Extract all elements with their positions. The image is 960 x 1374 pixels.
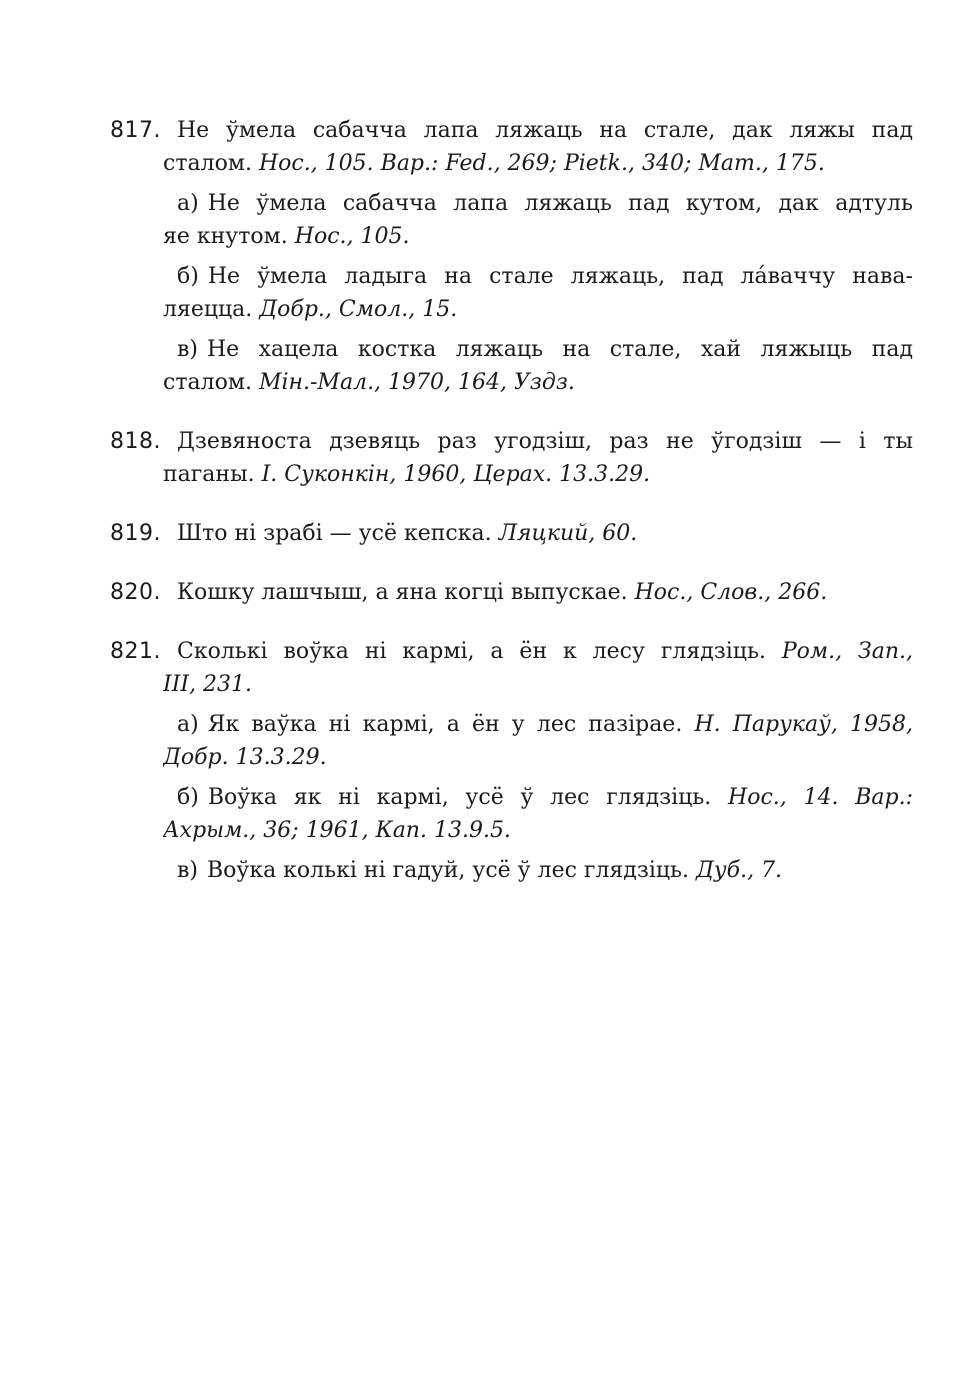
citation-text: Мін.-Мал., 1970, 164, Уздз. <box>259 370 575 395</box>
variant-label: а) <box>177 191 199 216</box>
citation-text: Добр. 13.3.29. <box>163 745 327 770</box>
entry-number: 817. <box>110 114 161 147</box>
text-line: б)Не ўмела ладыга на стале ляжаць, пад л… <box>163 260 913 293</box>
entry-number: 818. <box>110 425 161 458</box>
text-line: Сколькі воўка ні кармі, а ён к лесу гляд… <box>163 635 913 668</box>
citation-text: І. Суконкін, 1960, Церах. 13.3.29. <box>262 462 651 487</box>
proverb-text: Воўка колькі ні гадуй, усё ў лес глядзіц… <box>207 858 696 883</box>
entry: 818.Дзевяноста дзевяць раз угодзіш, раз … <box>163 425 913 491</box>
variant-paragraph: а)Не ўмела сабачча лапа ляжаць пад кутом… <box>163 187 913 253</box>
text-line: III, 231. <box>163 668 913 701</box>
proverb-text: Кошку лашчыш, а яна когці выпускае. <box>177 580 635 605</box>
variant-label: б) <box>177 785 199 810</box>
variant-paragraph: б)Не ўмела ладыга на стале ляжаць, пад л… <box>163 260 913 326</box>
book-page: 817.Не ўмела сабачча лапа ляжаць на стал… <box>0 0 960 1374</box>
proverb-text: сталом. <box>163 151 259 176</box>
entry-paragraph: 821.Сколькі воўка ні кармі, а ён к лесу … <box>163 635 913 701</box>
entry: 820.Кошку лашчыш, а яна когці выпускае. … <box>163 576 913 609</box>
proverb-text: Як ваўка ні кармі, а ён у лес пазірае. <box>208 712 695 737</box>
citation-text: Ахрым., 36; 1961, Кап. 13.9.5. <box>163 818 511 843</box>
text-line: Што ні зрабі — усё кепска. Ляцкий, 60. <box>163 517 913 550</box>
proverb-text: Дзевяноста дзевяць раз угодзіш, раз не ў… <box>177 429 913 454</box>
proverb-text: Не хацела костка ляжаць на стале, хай ля… <box>207 337 913 362</box>
citation-text: III, 231. <box>163 672 252 697</box>
entry-paragraph: 819.Што ні зрабі — усё кепска. Ляцкий, 6… <box>163 517 913 550</box>
text-line: яе кнутом. Нос., 105. <box>163 220 913 253</box>
proverb-text: паганы. <box>163 462 262 487</box>
citation-text: Ляцкий, 60. <box>499 521 638 546</box>
variant-label: в) <box>177 858 198 883</box>
proverb-text: Не ўмела ладыга на стале ляжаць, пад ла́… <box>208 264 913 289</box>
text-line: Добр. 13.3.29. <box>163 741 913 774</box>
text-line: паганы. І. Суконкін, 1960, Церах. 13.3.2… <box>163 458 913 491</box>
entry-paragraph: 820.Кошку лашчыш, а яна когці выпускае. … <box>163 576 913 609</box>
variant-label: а) <box>177 712 199 737</box>
text-line: Дзевяноста дзевяць раз угодзіш, раз не ў… <box>163 425 913 458</box>
entry-number: 820. <box>110 576 161 609</box>
text-line: в)Воўка колькі ні гадуй, усё ў лес глядз… <box>163 854 913 887</box>
proverb-text: Не ўмела сабачча лапа ляжаць на стале, д… <box>177 118 913 143</box>
proverb-text: сталом. <box>163 370 259 395</box>
proverb-text: ляецца. <box>163 297 259 322</box>
entries-list: 817.Не ўмела сабачча лапа ляжаць на стал… <box>163 114 913 887</box>
entry-number: 819. <box>110 517 161 550</box>
text-line: ляецца. Добр., Смол., 15. <box>163 293 913 326</box>
text-line: а)Як ваўка ні кармі, а ён у лес пазірае.… <box>163 708 913 741</box>
proverb-text: Воўка як ні кармі, усё ў лес глядзіць. <box>208 785 728 810</box>
entry: 817.Не ўмела сабачча лапа ляжаць на стал… <box>163 114 913 399</box>
proverb-text: Не ўмела сабачча лапа ляжаць пад кутом, … <box>208 191 913 216</box>
text-line: в)Не хацела костка ляжаць на стале, хай … <box>163 333 913 366</box>
citation-text: Нос., 14. Вар.: <box>728 785 913 810</box>
text-line: сталом. Мін.-Мал., 1970, 164, Уздз. <box>163 366 913 399</box>
text-line: сталом. Нос., 105. Вар.: Fed., 269; Piet… <box>163 147 913 180</box>
text-line: а)Не ўмела сабачча лапа ляжаць пад кутом… <box>163 187 913 220</box>
entry-paragraph: 817.Не ўмела сабачча лапа ляжаць на стал… <box>163 114 913 180</box>
entry-number: 821. <box>110 635 161 668</box>
citation-text: Н. Парукаў, 1958, <box>694 712 913 737</box>
citation-text: Дуб., 7. <box>696 858 782 883</box>
text-line: Ахрым., 36; 1961, Кап. 13.9.5. <box>163 814 913 847</box>
variant-paragraph: в)Не хацела костка ляжаць на стале, хай … <box>163 333 913 399</box>
entry-paragraph: 818.Дзевяноста дзевяць раз угодзіш, раз … <box>163 425 913 491</box>
proverb-text: Што ні зрабі — усё кепска. <box>177 521 499 546</box>
entry: 821.Сколькі воўка ні кармі, а ён к лесу … <box>163 635 913 887</box>
entry: 819.Што ні зрабі — усё кепска. Ляцкий, 6… <box>163 517 913 550</box>
citation-text: Добр., Смол., 15. <box>259 297 457 322</box>
text-line: Кошку лашчыш, а яна когці выпускае. Нос.… <box>163 576 913 609</box>
citation-text: Ром., Зап., <box>782 639 913 664</box>
citation-text: Нос., Слов., 266. <box>635 580 828 605</box>
text-line: б)Воўка як ні кармі, усё ў лес глядзіць.… <box>163 781 913 814</box>
variant-label: в) <box>177 337 198 362</box>
citation-text: Нос., 105. <box>295 224 410 249</box>
variant-label: б) <box>177 264 199 289</box>
proverb-text: Сколькі воўка ні кармі, а ён к лесу гляд… <box>177 639 782 664</box>
variant-paragraph: в)Воўка колькі ні гадуй, усё ў лес глядз… <box>163 854 913 887</box>
text-line: Не ўмела сабачча лапа ляжаць на стале, д… <box>163 114 913 147</box>
variant-paragraph: б)Воўка як ні кармі, усё ў лес глядзіць.… <box>163 781 913 847</box>
citation-text: Нос., 105. Вар.: Fed., 269; Pietk., 340;… <box>259 151 825 176</box>
proverb-text: яе кнутом. <box>163 224 295 249</box>
variant-paragraph: а)Як ваўка ні кармі, а ён у лес пазірае.… <box>163 708 913 774</box>
